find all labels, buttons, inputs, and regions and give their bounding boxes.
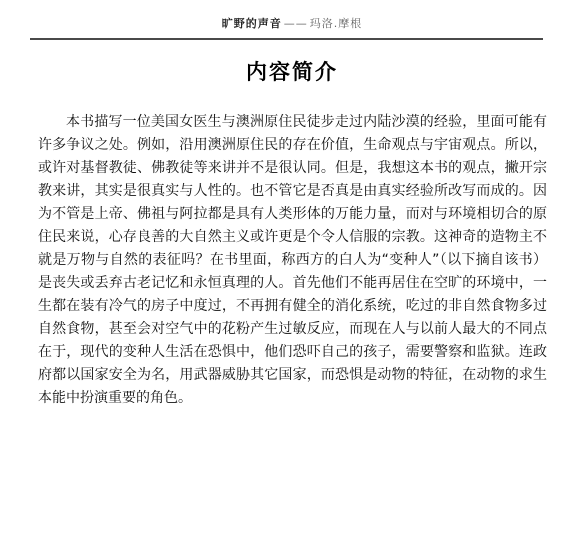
header-rule (30, 38, 543, 40)
document-page: 旷野的声音——玛洛.摩根 内容简介 本书描写一位美国女医生与澳洲原住民徒步走过内… (0, 0, 584, 538)
page-header: 旷野的声音——玛洛.摩根 (0, 0, 584, 31)
author-name: 玛洛.摩根 (310, 17, 363, 30)
page-title: 内容简介 (0, 59, 584, 85)
header-separator: —— (284, 17, 308, 30)
book-title: 旷野的声音 (222, 17, 282, 30)
content-paragraph: 本书描写一位美国女医生与澳洲原住民徒步走过内陆沙漠的经验，里面可能有许多争议之处… (38, 111, 547, 410)
